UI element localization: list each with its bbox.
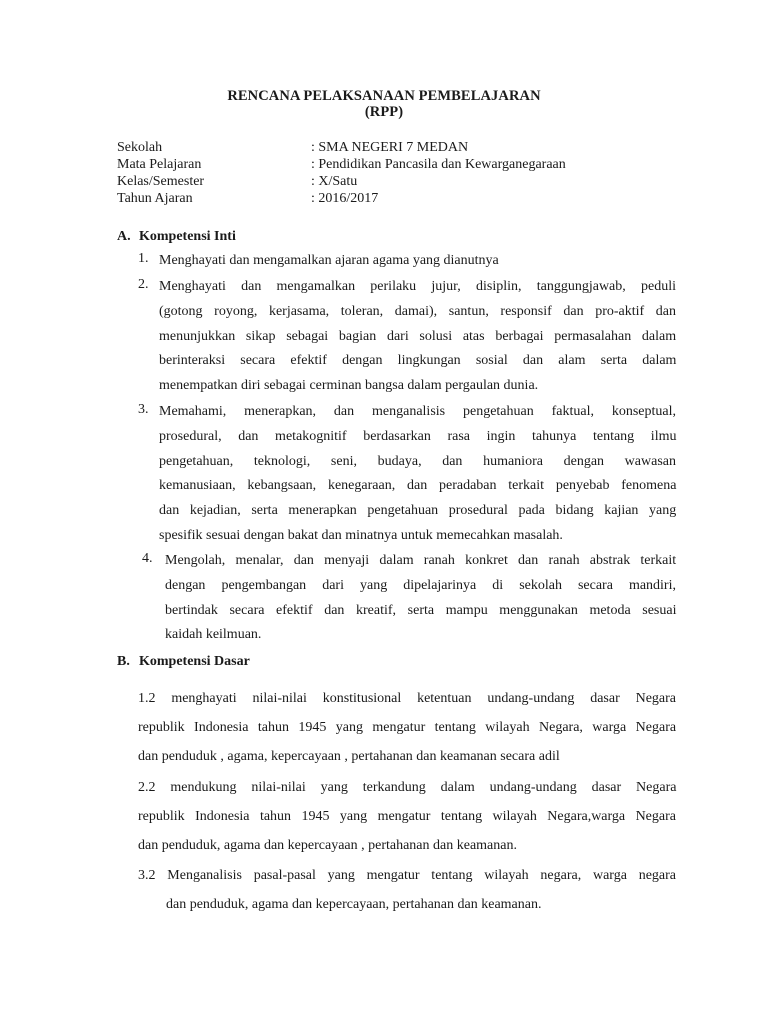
text-line: 1.2 menghayati nilai-nilai konstitusiona… bbox=[138, 689, 676, 718]
document-title: RENCANA PELAKSANAAN PEMBELAJARAN bbox=[0, 88, 768, 105]
text-line: prosedural, dan metakognitif berdasarkan… bbox=[159, 427, 676, 452]
text-line: spesifik sesuai dengan bakat dan minatny… bbox=[159, 526, 676, 551]
document-subtitle: (RPP) bbox=[0, 104, 768, 121]
text-line: bertindak secara efektif dan kreatif, se… bbox=[165, 601, 676, 626]
kompetensi-dasar-item: 1.2 menghayati nilai-nilai konstitusiona… bbox=[138, 689, 676, 776]
document-page: RENCANA PELAKSANAAN PEMBELAJARAN (RPP) S… bbox=[0, 0, 768, 1024]
info-value: : Pendidikan Pancasila dan Kewarganegara… bbox=[311, 156, 566, 173]
section-title: Kompetensi Dasar bbox=[139, 654, 250, 669]
text-line: Mengolah, menalar, dan menyaji dalam ran… bbox=[165, 551, 676, 576]
section-b-heading: B.Kompetensi Dasar bbox=[117, 654, 250, 670]
kompetensi-dasar-item: 3.2 Menganalisis pasal-pasal yang mengat… bbox=[138, 866, 676, 924]
text-line: republik Indonesia tahun 1945 yang menga… bbox=[138, 807, 676, 836]
info-value: : SMA NEGERI 7 MEDAN bbox=[311, 139, 468, 156]
text-line: Menghayati dan mengamalkan perilaku juju… bbox=[159, 277, 676, 302]
text-line: republik Indonesia tahun 1945 yang menga… bbox=[138, 718, 676, 747]
info-label: Kelas/Semester bbox=[117, 173, 204, 190]
text-line: berinteraksi secara efektif dengan lingk… bbox=[159, 351, 676, 376]
section-letter: A. bbox=[117, 229, 139, 245]
item-number: 3. bbox=[138, 402, 149, 418]
text-line: 3.2 Menganalisis pasal-pasal yang mengat… bbox=[138, 866, 676, 895]
text-line: (gotong royong, kerjasama, toleran, dama… bbox=[159, 302, 676, 327]
item-number: 4. bbox=[142, 551, 153, 567]
item-text: Menghayati dan mengamalkan perilaku juju… bbox=[159, 277, 676, 401]
info-value: : X/Satu bbox=[311, 173, 357, 190]
info-label: Tahun Ajaran bbox=[117, 190, 193, 207]
info-value: : 2016/2017 bbox=[311, 190, 378, 207]
item-number: 2. bbox=[138, 277, 149, 293]
text-line: dan penduduk , agama, kepercayaan , pert… bbox=[138, 747, 676, 776]
section-a-heading: A.Kompetensi Inti bbox=[117, 229, 236, 245]
kompetensi-dasar-item: 2.2 mendukung nilai-nilai yang terkandun… bbox=[138, 778, 676, 865]
item-text: Mengolah, menalar, dan menyaji dalam ran… bbox=[165, 551, 676, 650]
text-line: kemanusiaan, kebangsaan, kenegaraan, dan… bbox=[159, 476, 676, 501]
text-line: pengetahuan, teknologi, seni, budaya, da… bbox=[159, 452, 676, 477]
section-letter: B. bbox=[117, 654, 139, 670]
info-label: Sekolah bbox=[117, 139, 162, 156]
section-title: Kompetensi Inti bbox=[139, 229, 236, 244]
text-line: dan kejadian, serta menerapkan pengetahu… bbox=[159, 501, 676, 526]
text-line: dan penduduk, agama dan kepercayaan , pe… bbox=[138, 836, 676, 865]
text-line: 2.2 mendukung nilai-nilai yang terkandun… bbox=[138, 778, 676, 807]
text-line: menempatkan diri sebagai cerminan bangsa… bbox=[159, 376, 676, 401]
text-line: menunjukkan sikap sebagai bagian dari so… bbox=[159, 327, 676, 352]
info-label: Mata Pelajaran bbox=[117, 156, 201, 173]
text-line: kaidah keilmuan. bbox=[165, 625, 676, 650]
text-line: Menghayati dan mengamalkan ajaran agama … bbox=[159, 251, 676, 276]
item-number: 1. bbox=[138, 251, 149, 267]
text-line: dengan pengembangan dari yang dipelajari… bbox=[165, 576, 676, 601]
text-line: Memahami, menerapkan, dan menganalisis p… bbox=[159, 402, 676, 427]
item-text: Menghayati dan mengamalkan ajaran agama … bbox=[159, 251, 676, 276]
text-line: dan penduduk, agama dan kepercayaan, per… bbox=[138, 895, 676, 924]
item-text: Memahami, menerapkan, dan menganalisis p… bbox=[159, 402, 676, 551]
